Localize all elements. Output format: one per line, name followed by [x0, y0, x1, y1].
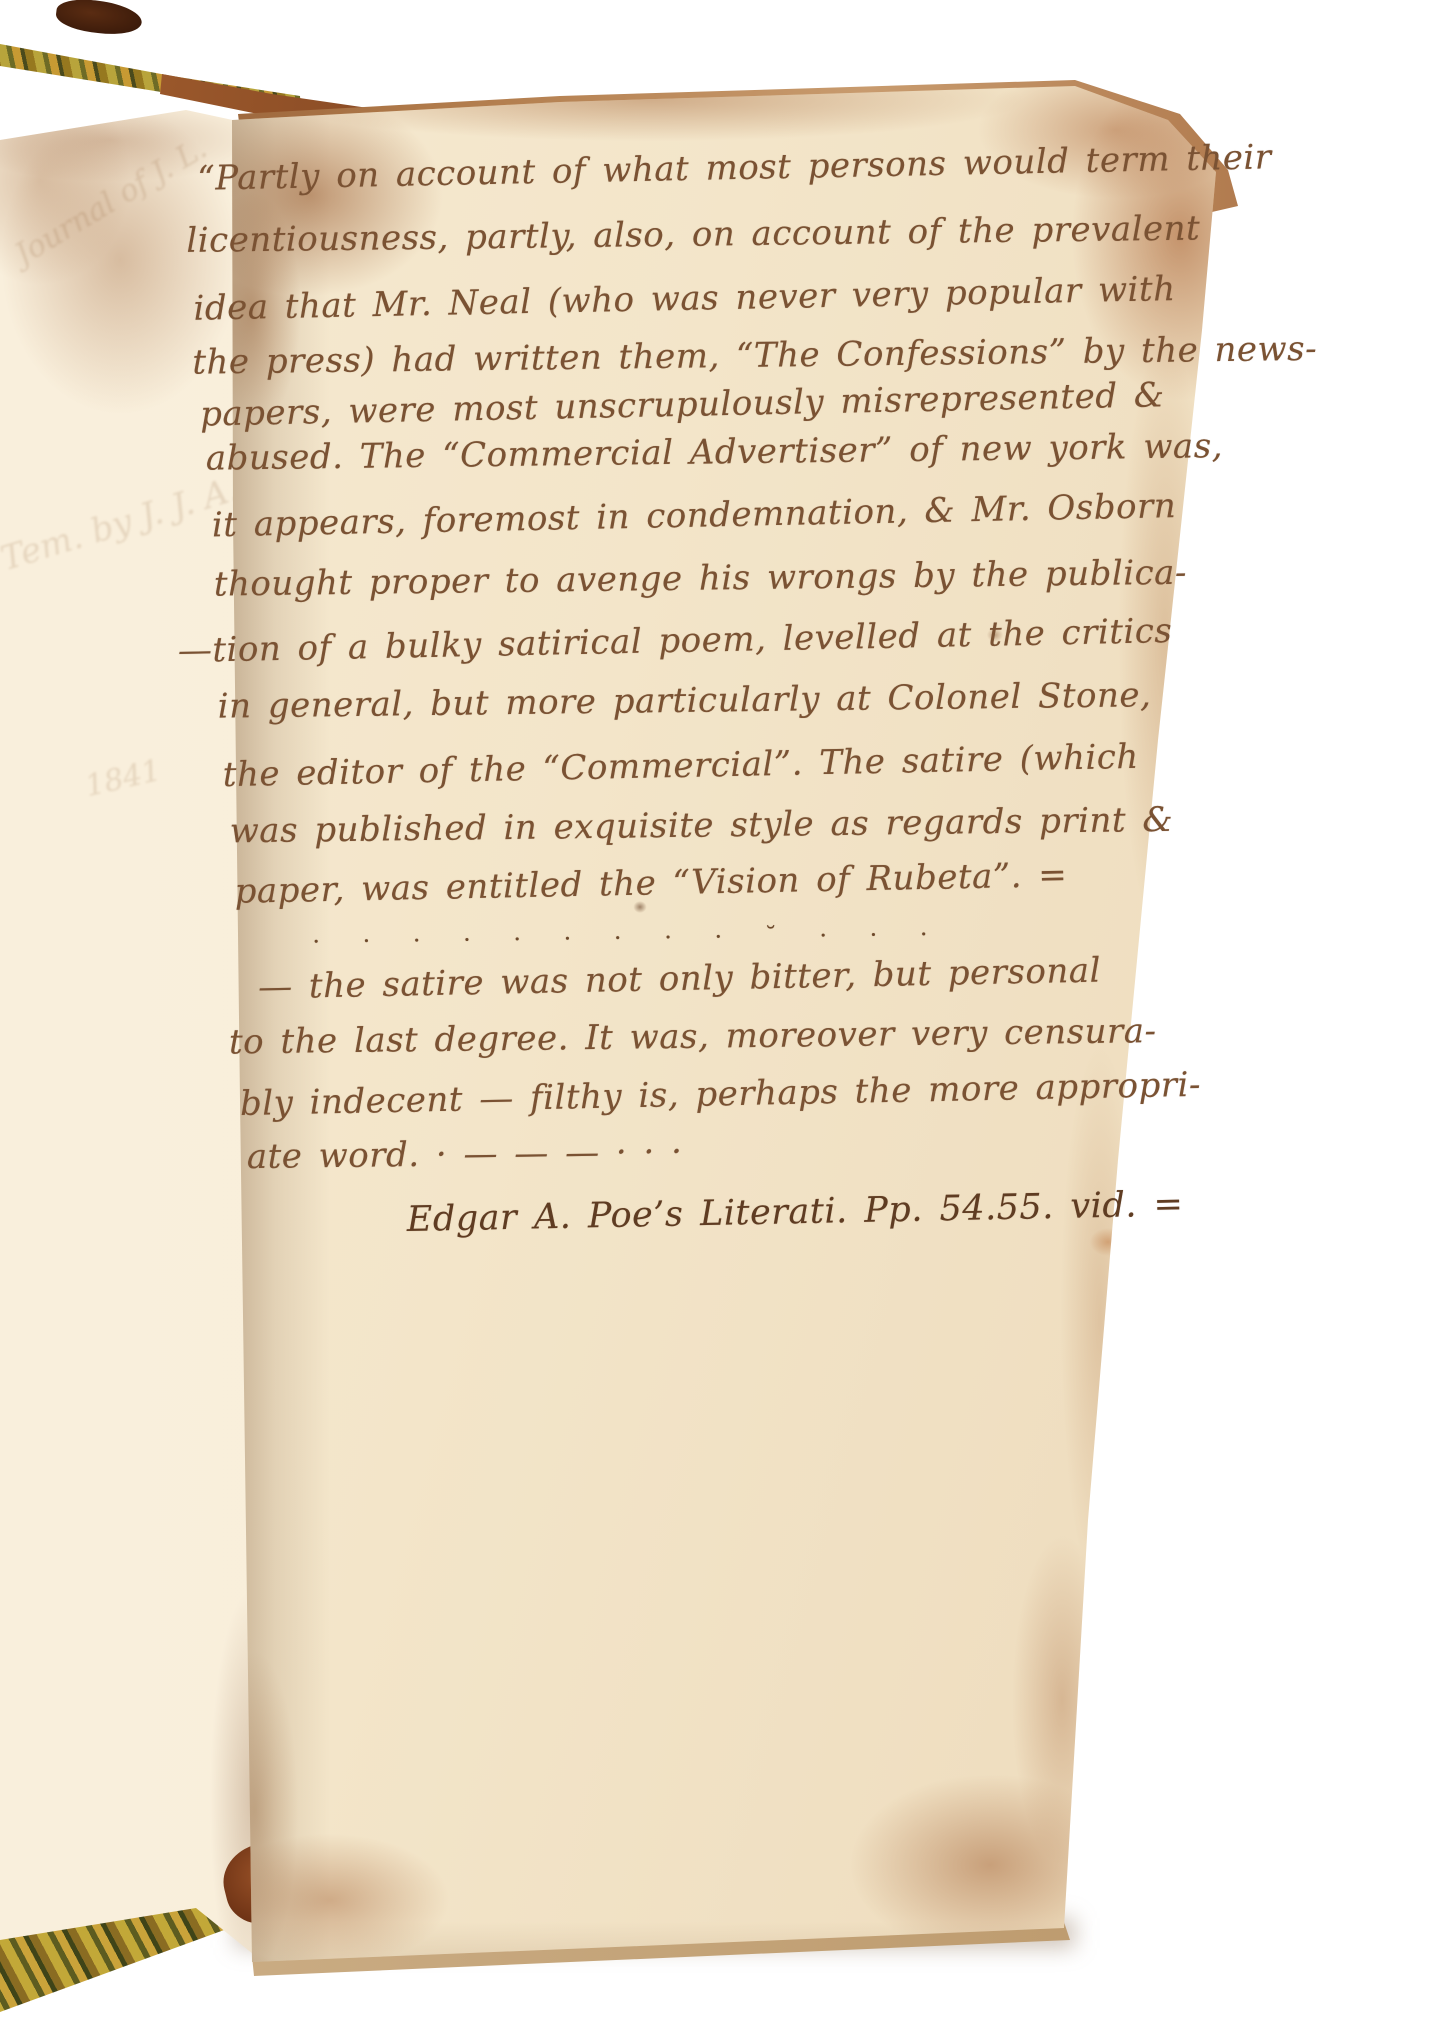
manuscript-line: papers, were most unscrupulously misrepr…	[200, 375, 1165, 435]
dotted-separator: · · · · · · · · · ˘ · · ·	[312, 920, 942, 956]
manuscript-line: the editor of the “Commercial”. The sati…	[222, 737, 1139, 796]
manuscript-line: “Partly on account of what most persons …	[197, 137, 1272, 199]
manuscript-line: it appears, foremost in condemnation, & …	[211, 486, 1176, 546]
manuscript-line: abused. The “Commercial Advertiser” of n…	[206, 426, 1224, 479]
manuscript-line: thought proper to avenge his wrongs by t…	[214, 553, 1188, 606]
book-photo: Journal of J. L. Tem. by J. J. A. 1841 “…	[0, 0, 1445, 2023]
manuscript-line: licentiousness, partly, also, on account…	[186, 209, 1200, 262]
manuscript-line: bly indecent — filthy is, perhaps the mo…	[240, 1065, 1202, 1125]
manuscript-line: paper, was entitled the “Vision of Rubet…	[234, 855, 1067, 913]
handwritten-text-block: “Partly on account of what most persons …	[0, 0, 1445, 2023]
manuscript-line: — the satire was not only bitter, but pe…	[258, 951, 1102, 1009]
manuscript-line: —tion of a bulky satirical poem, levelle…	[177, 611, 1172, 672]
manuscript-line: to the last degree. It was, moreover ver…	[229, 1011, 1157, 1063]
citation-line: Edgar A. Poe’s Literati. Pp. 54.55. vid.…	[406, 1183, 1183, 1241]
manuscript-line: in general, but more particularly at Col…	[217, 675, 1151, 727]
manuscript-line: was published in exquisite style as rega…	[229, 800, 1173, 852]
manuscript-line: idea that Mr. Neal (who was never very p…	[193, 269, 1176, 330]
manuscript-line: ate word. · — — — · · ·	[247, 1132, 683, 1178]
